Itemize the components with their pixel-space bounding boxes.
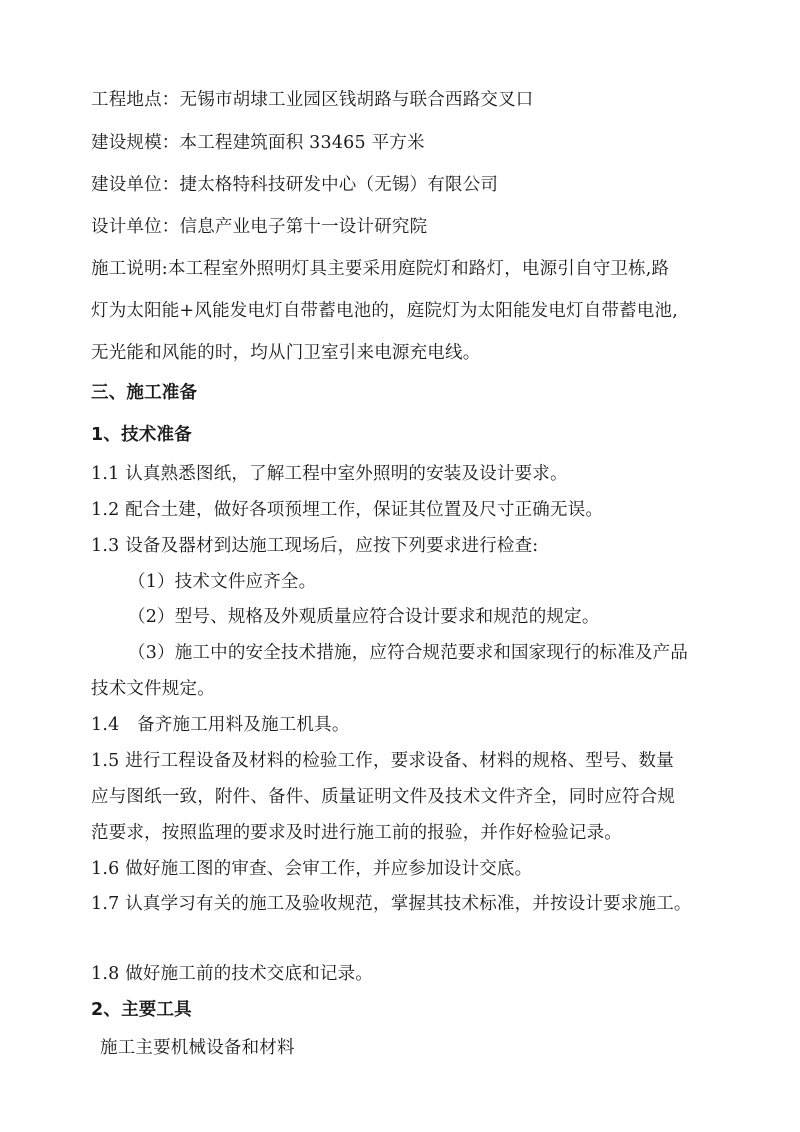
item-1-5-line-2: 应与图纸一致，附件、备件、质量证明文件及技术文件齐全，同时应符合规 bbox=[91, 786, 721, 808]
item-1-3-sub-3-line-1: （3）施工中的安全技术措施，应符合规范要求和国家现行的标准及产品 bbox=[128, 642, 758, 664]
construction-notes-line-1: 施工说明:本工程室外照明灯具主要采用庭院灯和路灯，电源引自守卫栋,路 bbox=[91, 258, 721, 280]
item-1-3-sub-2: （2）型号、规格及外观质量应符合设计要求和规范的规定。 bbox=[128, 606, 758, 628]
document-page: 工程地点：无锡市胡埭工业园区钱胡路与联合西路交叉口 建设规模：本工程建筑面积 3… bbox=[0, 0, 800, 1132]
project-scale: 建设规模：本工程建筑面积 33465 平方米 bbox=[91, 132, 721, 154]
subsection-heading-tools: 2、主要工具 bbox=[91, 999, 721, 1021]
section-heading-preparation: 三、施工准备 bbox=[91, 382, 721, 404]
item-1-8: 1.8 做好施工前的技术交底和记录。 bbox=[91, 963, 721, 985]
subsection-heading-technical: 1、技术准备 bbox=[91, 424, 721, 446]
project-designer: 设计单位：信息产业电子第十一设计研究院 bbox=[91, 216, 721, 238]
item-1-5-line-1: 1.5 进行工程设备及材料的检验工作，要求设备、材料的规格、型号、数量 bbox=[91, 750, 721, 772]
construction-notes-line-2: 灯为太阳能+风能发电灯自带蓄电池的，庭院灯为太阳能发电灯自带蓄电池, bbox=[91, 300, 721, 322]
item-1-4: 1.4 备齐施工用料及施工机具。 bbox=[91, 714, 721, 736]
tools-intro: 施工主要机械设备和材料 bbox=[100, 1037, 730, 1059]
item-1-2: 1.2 配合土建，做好各项预埋工作，保证其位置及尺寸正确无误。 bbox=[91, 499, 721, 521]
item-1-1: 1.1 认真熟悉图纸，了解工程中室外照明的安装及设计要求。 bbox=[91, 463, 721, 485]
item-1-3-sub-1: （1）技术文件应齐全。 bbox=[128, 571, 758, 593]
item-1-3: 1.3 设备及器材到达施工现场后，应按下列要求进行检查: bbox=[91, 535, 721, 557]
item-1-5-line-3: 范要求，按照监理的要求及时进行施工前的报验，并作好检验记录。 bbox=[91, 822, 721, 844]
item-1-3-sub-3-line-2: 技术文件规定。 bbox=[91, 678, 721, 700]
item-1-7: 1.7 认真学习有关的施工及验收规范，掌握其技术标准，并按设计要求施工。 bbox=[91, 893, 721, 915]
construction-notes-line-3: 无光能和风能的时，均从门卫室引来电源充电线。 bbox=[91, 342, 721, 364]
project-location: 工程地点：无锡市胡埭工业园区钱胡路与联合西路交叉口 bbox=[91, 89, 721, 111]
item-1-6: 1.6 做好施工图的审查、会审工作，并应参加设计交底。 bbox=[91, 858, 721, 880]
project-builder: 建设单位：捷太格特科技研发中心（无锡）有限公司 bbox=[91, 174, 721, 196]
